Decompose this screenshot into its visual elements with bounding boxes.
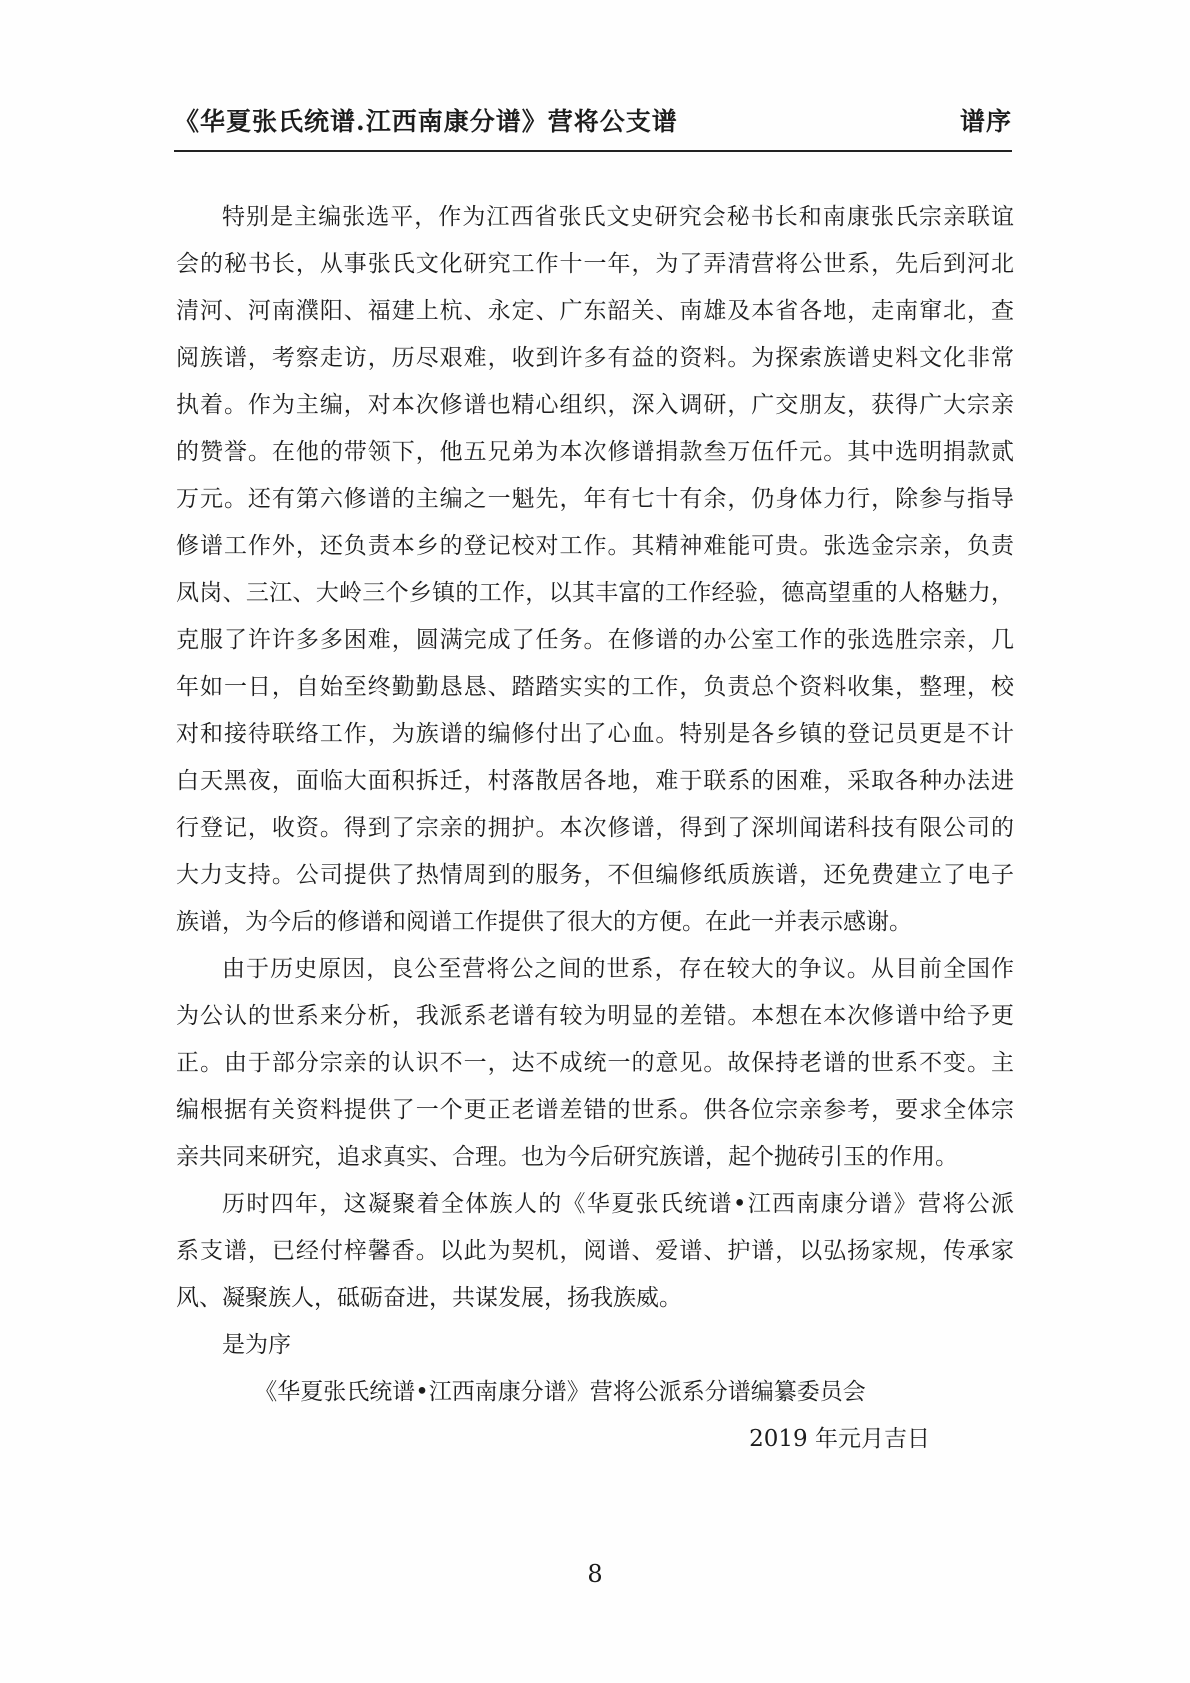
closing-phrase: 是为序 xyxy=(176,1322,1014,1369)
text-line: 执着。作为主编，对本次修谱也精心组织，深入调研，广交朋友，获得广大宗亲 xyxy=(176,382,1014,429)
text-line: 由于历史原因，良公至营将公之间的世系，存在较大的争议。从目前全国作 xyxy=(176,946,1014,993)
date-line: 2019 年元月吉日 xyxy=(176,1416,1014,1463)
text-line: 阅族谱，考察走访，历尽艰难，收到许多有益的资料。为探索族谱史料文化非常 xyxy=(176,335,1014,382)
text-line: 克服了许许多多困难，圆满完成了任务。在修谱的办公室工作的张选胜宗亲，几 xyxy=(176,617,1014,664)
text-line: 会的秘书长，从事张氏文化研究工作十一年，为了弄清营将公世系，先后到河北 xyxy=(176,241,1014,288)
text-line: 风、凝聚族人，砥砺奋进，共谋发展，扬我族威。 xyxy=(176,1275,1014,1322)
text-line: 正。由于部分宗亲的认识不一，达不成统一的意见。故保持老谱的世系不变。主 xyxy=(176,1040,1014,1087)
text-line: 亲共同来研究，追求真实、合理。也为今后研究族谱，起个抛砖引玉的作用。 xyxy=(176,1134,1014,1181)
paragraph-1: 特别是主编张选平，作为江西省张氏文史研究会秘书长和南康张氏宗亲联谊 会的秘书长，… xyxy=(176,194,1014,946)
page-footer: 8 xyxy=(0,1560,1190,1588)
text-line: 大力支持。公司提供了热情周到的服务，不但编修纸质族谱，还免费建立了电子 xyxy=(176,852,1014,899)
header-section-title: 谱序 xyxy=(960,102,1012,138)
text-line: 为公认的世系来分析，我派系老谱有较为明显的差错。本想在本次修谱中给予更 xyxy=(176,993,1014,1040)
text-line: 特别是主编张选平，作为江西省张氏文史研究会秘书长和南康张氏宗亲联谊 xyxy=(176,194,1014,241)
text-line: 行登记，收资。得到了宗亲的拥护。本次修谱，得到了深圳闻诺科技有限公司的 xyxy=(176,805,1014,852)
paragraph-3: 历时四年，这凝聚着全体族人的《华夏张氏统谱•江西南康分谱》营将公派 系支谱，已经… xyxy=(176,1181,1014,1322)
text-line: 的赞誉。在他的带领下，他五兄弟为本次修谱捐款叁万伍仟元。其中选明捐款贰 xyxy=(176,429,1014,476)
text-line: 族谱，为今后的修谱和阅谱工作提供了很大的方便。在此一并表示感谢。 xyxy=(176,899,1014,946)
committee-signature: 《华夏张氏统谱•江西南康分谱》营将公派系分谱编纂委员会 xyxy=(176,1369,1014,1416)
page-header: 《华夏张氏统谱.江西南康分谱》营将公支谱 谱序 xyxy=(174,102,1012,152)
text-line: 年如一日，自始至终勤勤恳恳、踏踏实实的工作，负责总个资料收集，整理，校 xyxy=(176,664,1014,711)
page-number: 8 xyxy=(587,1560,602,1588)
text-line: 万元。还有第六修谱的主编之一魁先，年有七十有余，仍身体力行，除参与指导 xyxy=(176,476,1014,523)
text-line: 白天黑夜，面临大面积拆迁，村落散居各地，难于联系的困难，采取各种办法进 xyxy=(176,758,1014,805)
text-line: 历时四年，这凝聚着全体族人的《华夏张氏统谱•江西南康分谱》营将公派 xyxy=(176,1181,1014,1228)
text-line: 编根据有关资料提供了一个更正老谱差错的世系。供各位宗亲参考，要求全体宗 xyxy=(176,1087,1014,1134)
document-body: 特别是主编张选平，作为江西省张氏文史研究会秘书长和南康张氏宗亲联谊 会的秘书长，… xyxy=(176,194,1014,1463)
header-book-title: 《华夏张氏统谱.江西南康分谱》营将公支谱 xyxy=(174,102,678,138)
text-line: 凤岗、三江、大岭三个乡镇的工作，以其丰富的工作经验，德高望重的人格魅力， xyxy=(176,570,1014,617)
text-line: 对和接待联络工作，为族谱的编修付出了心血。特别是各乡镇的登记员更是不计 xyxy=(176,711,1014,758)
text-line: 系支谱，已经付梓馨香。以此为契机，阅谱、爱谱、护谱，以弘扬家规，传承家 xyxy=(176,1228,1014,1275)
paragraph-2: 由于历史原因，良公至营将公之间的世系，存在较大的争议。从目前全国作 为公认的世系… xyxy=(176,946,1014,1181)
text-line: 清河、河南濮阳、福建上杭、永定、广东韶关、南雄及本省各地，走南窜北，查 xyxy=(176,288,1014,335)
text-line: 修谱工作外，还负责本乡的登记校对工作。其精神难能可贵。张选金宗亲，负责 xyxy=(176,523,1014,570)
document-page: 《华夏张氏统谱.江西南康分谱》营将公支谱 谱序 特别是主编张选平，作为江西省张氏… xyxy=(0,0,1190,1683)
